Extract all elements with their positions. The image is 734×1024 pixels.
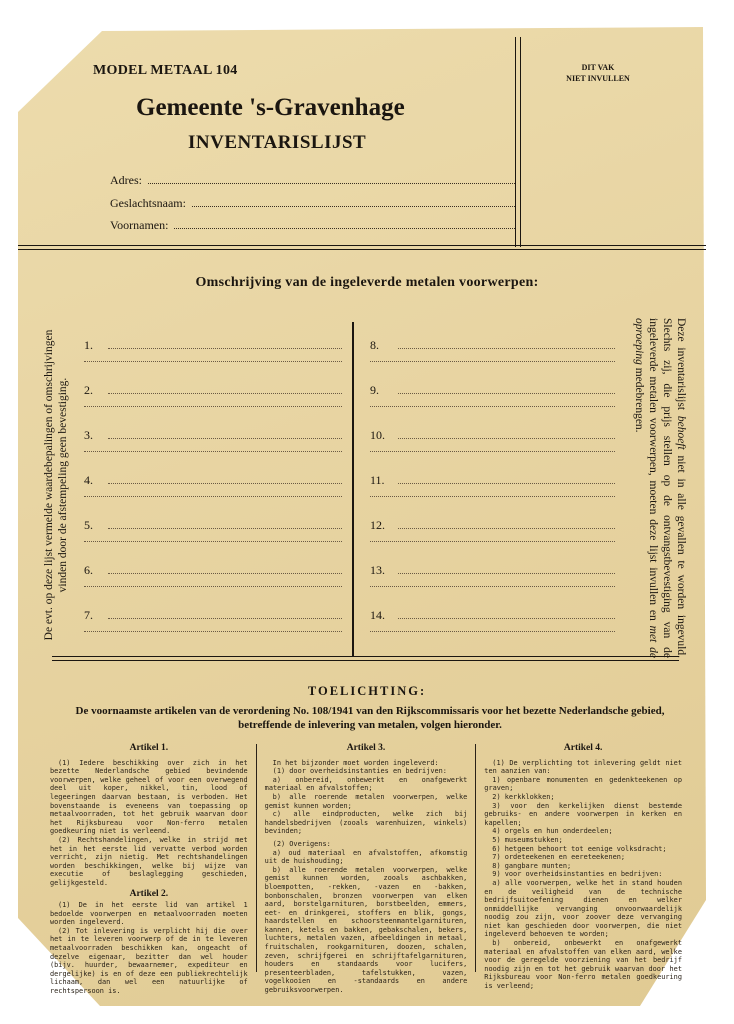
list-item-2[interactable]: 2. <box>84 383 342 405</box>
artikel-3-title: Artikel 3. <box>265 744 468 753</box>
surname-field[interactable]: Geslachtsnaam: <box>110 196 515 211</box>
artikel-2-title: Artikel 2. <box>50 890 248 899</box>
artikel-3-line: (1) door overheidsinstanties en bedrijve… <box>265 767 468 776</box>
item-number: 8. <box>370 338 398 353</box>
list-item-7[interactable]: 7. <box>84 608 342 630</box>
form-model-number: MODEL METAAL 104 <box>93 63 238 79</box>
list-item-9[interactable]: 9. <box>370 383 615 405</box>
item-continuation-line[interactable] <box>84 585 342 587</box>
item-input-line[interactable] <box>398 518 615 529</box>
list-item-3[interactable]: 3. <box>84 428 342 450</box>
artikel-1-paragraph-2: (2) Rechtshandelingen, welke in strijd m… <box>50 836 248 888</box>
item-input-line[interactable] <box>398 428 615 439</box>
address-label: Adres: <box>110 173 142 188</box>
first-names-label: Voornamen: <box>110 218 168 233</box>
items-column-divider <box>352 322 354 657</box>
item-number: 6. <box>84 563 108 578</box>
item-number: 9. <box>370 383 398 398</box>
note-text: medebrengen. <box>633 365 645 433</box>
first-names-input-line[interactable] <box>174 218 515 229</box>
right-vertical-note: Deze inventarislijst behoeft niet in all… <box>618 318 688 658</box>
item-input-line[interactable] <box>398 563 615 574</box>
item-continuation-line[interactable] <box>370 585 615 587</box>
header-rule <box>18 245 706 250</box>
artikel-2-paragraph-2: (2) Tot inlevering is verplicht hij die … <box>50 927 248 996</box>
item-number: 10. <box>370 428 398 443</box>
item-continuation-line[interactable] <box>370 450 615 452</box>
note-emphasis: behoeft <box>675 416 687 450</box>
item-continuation-line[interactable] <box>84 450 342 452</box>
office-box-line-2: NIET INVULLEN <box>555 73 641 84</box>
artikel-3-line: b) alle roerende metalen voorwerpen, wel… <box>265 793 468 810</box>
item-number: 1. <box>84 338 108 353</box>
item-continuation-line[interactable] <box>370 495 615 497</box>
artikel-3-line: a) oud materiaal en afvalstoffen, afkoms… <box>265 849 468 866</box>
artikel-4-line: 6) hetgeen behoort tot eenige volksdrach… <box>484 845 682 854</box>
item-continuation-line[interactable] <box>370 360 615 362</box>
item-number: 3. <box>84 428 108 443</box>
item-number: 5. <box>84 518 108 533</box>
item-number: 13. <box>370 563 398 578</box>
artikel-4-line: 2) kerkklokken; <box>484 793 682 802</box>
article-column-1: Artikel 1. (1) Iedere beschikking over z… <box>50 744 256 972</box>
item-continuation-line[interactable] <box>370 405 615 407</box>
item-input-line[interactable] <box>398 383 615 394</box>
item-input-line[interactable] <box>398 338 615 349</box>
list-item-6[interactable]: 6. <box>84 563 342 585</box>
artikel-1-paragraph-1: (1) Iedere beschikking over zich in het … <box>50 759 248 836</box>
form-title: INVENTARISLIJST <box>188 132 366 154</box>
surname-label: Geslachtsnaam: <box>110 196 186 211</box>
item-continuation-line[interactable] <box>370 540 615 542</box>
artikel-1-title: Artikel 1. <box>50 744 248 753</box>
office-use-box-label: DIT VAK NIET INVULLEN <box>555 62 641 84</box>
item-input-line[interactable] <box>108 563 342 574</box>
artikel-4-line: a) alle voorwerpen, welke het in stand h… <box>484 879 682 939</box>
note-text: Deze inventarislijst <box>675 318 687 416</box>
items-heading: Omschrijving van de ingeleverde metalen … <box>0 275 734 291</box>
list-item-12[interactable]: 12. <box>370 518 615 540</box>
item-continuation-line[interactable] <box>84 630 342 632</box>
artikel-4-line: 3) voor den kerkelijken dienst bestemde … <box>484 802 682 828</box>
artikel-4-line: 9) voor overheidsinstanties en bedrijven… <box>484 870 682 879</box>
artikel-3-line: c) alle eindproducten, welke zich bij ha… <box>265 810 468 836</box>
item-continuation-line[interactable] <box>84 405 342 407</box>
artikel-4-line: 4) orgels en hun onderdeelen; <box>484 827 682 836</box>
item-number: 12. <box>370 518 398 533</box>
explanation-intro: De voornaamste artikelen van de verorden… <box>70 704 670 732</box>
list-item-14[interactable]: 14. <box>370 608 615 630</box>
item-input-line[interactable] <box>108 608 342 619</box>
left-items-list: 1. 2. 3. 4. 5. 6. 7. <box>84 338 342 632</box>
item-number: 4. <box>84 473 108 488</box>
item-continuation-line[interactable] <box>84 360 342 362</box>
artikel-3-line: a) onbereid, onbewerkt en onafgewerkt ma… <box>265 776 468 793</box>
item-number: 7. <box>84 608 108 623</box>
list-item-11[interactable]: 11. <box>370 473 615 495</box>
item-continuation-line[interactable] <box>84 540 342 542</box>
artikel-3-line: (2) Overigens: <box>265 840 468 849</box>
list-item-1[interactable]: 1. <box>84 338 342 360</box>
list-item-10[interactable]: 10. <box>370 428 615 450</box>
article-column-3: Artikel 3. In het bijzonder moet worden … <box>257 744 476 972</box>
address-field[interactable]: Adres: <box>110 173 515 188</box>
item-number: 2. <box>84 383 108 398</box>
explanation-heading: TOELICHTING: <box>0 684 734 699</box>
artikel-4-line: 5) museumstukken; <box>484 836 682 845</box>
office-box-line-1: DIT VAK <box>555 62 641 73</box>
first-names-field[interactable]: Voornamen: <box>110 218 515 233</box>
artikel-4-line: 7) ordeteekenen en eereteekenen; <box>484 853 682 862</box>
artikel-3-line: b) alle roerende metalen voorwerpen, wel… <box>265 866 468 995</box>
artikel-3-line: In het bijzonder moet worden ingeleverd: <box>265 759 468 768</box>
artikel-4-title: Artikel 4. <box>484 744 682 753</box>
item-input-line[interactable] <box>108 338 342 349</box>
artikel-4-line: b) onbereid, onbewerkt en onafgewerkt ma… <box>484 939 682 991</box>
surname-input-line[interactable] <box>192 196 515 207</box>
item-input-line[interactable] <box>108 428 342 439</box>
list-item-4[interactable]: 4. <box>84 473 342 495</box>
right-items-list: 8. 9. 10. 11. 12. 13. 14. <box>370 338 615 632</box>
artikel-4-line: 8) gangbare munten; <box>484 862 682 871</box>
item-input-line[interactable] <box>108 383 342 394</box>
articles-columns: Artikel 1. (1) Iedere beschikking over z… <box>50 744 682 972</box>
article-column-4: Artikel 4. (1) De verplichting tot inlev… <box>476 744 682 972</box>
item-number: 11. <box>370 473 398 488</box>
item-input-line[interactable] <box>108 518 342 529</box>
artikel-4-line: (1) De verplichting tot inlevering geldt… <box>484 759 682 776</box>
address-input-line[interactable] <box>148 173 515 184</box>
list-item-13[interactable]: 13. <box>370 563 615 585</box>
item-input-line[interactable] <box>398 473 615 484</box>
artikel-2-paragraph-1: (1) De in het eerste lid van artikel 1 b… <box>50 901 248 927</box>
item-continuation-line[interactable] <box>370 630 615 632</box>
item-continuation-line[interactable] <box>84 495 342 497</box>
items-bottom-rule <box>52 656 679 661</box>
municipality-title: Gemeente 's-Gravenhage <box>136 94 405 122</box>
item-input-line[interactable] <box>108 473 342 484</box>
list-item-5[interactable]: 5. <box>84 518 342 540</box>
artikel-4-line: 1) openbare monumenten en gedenkteekenen… <box>484 776 682 793</box>
list-item-8[interactable]: 8. <box>370 338 615 360</box>
item-number: 14. <box>370 608 398 623</box>
office-box-divider <box>515 37 521 247</box>
item-input-line[interactable] <box>398 608 615 619</box>
